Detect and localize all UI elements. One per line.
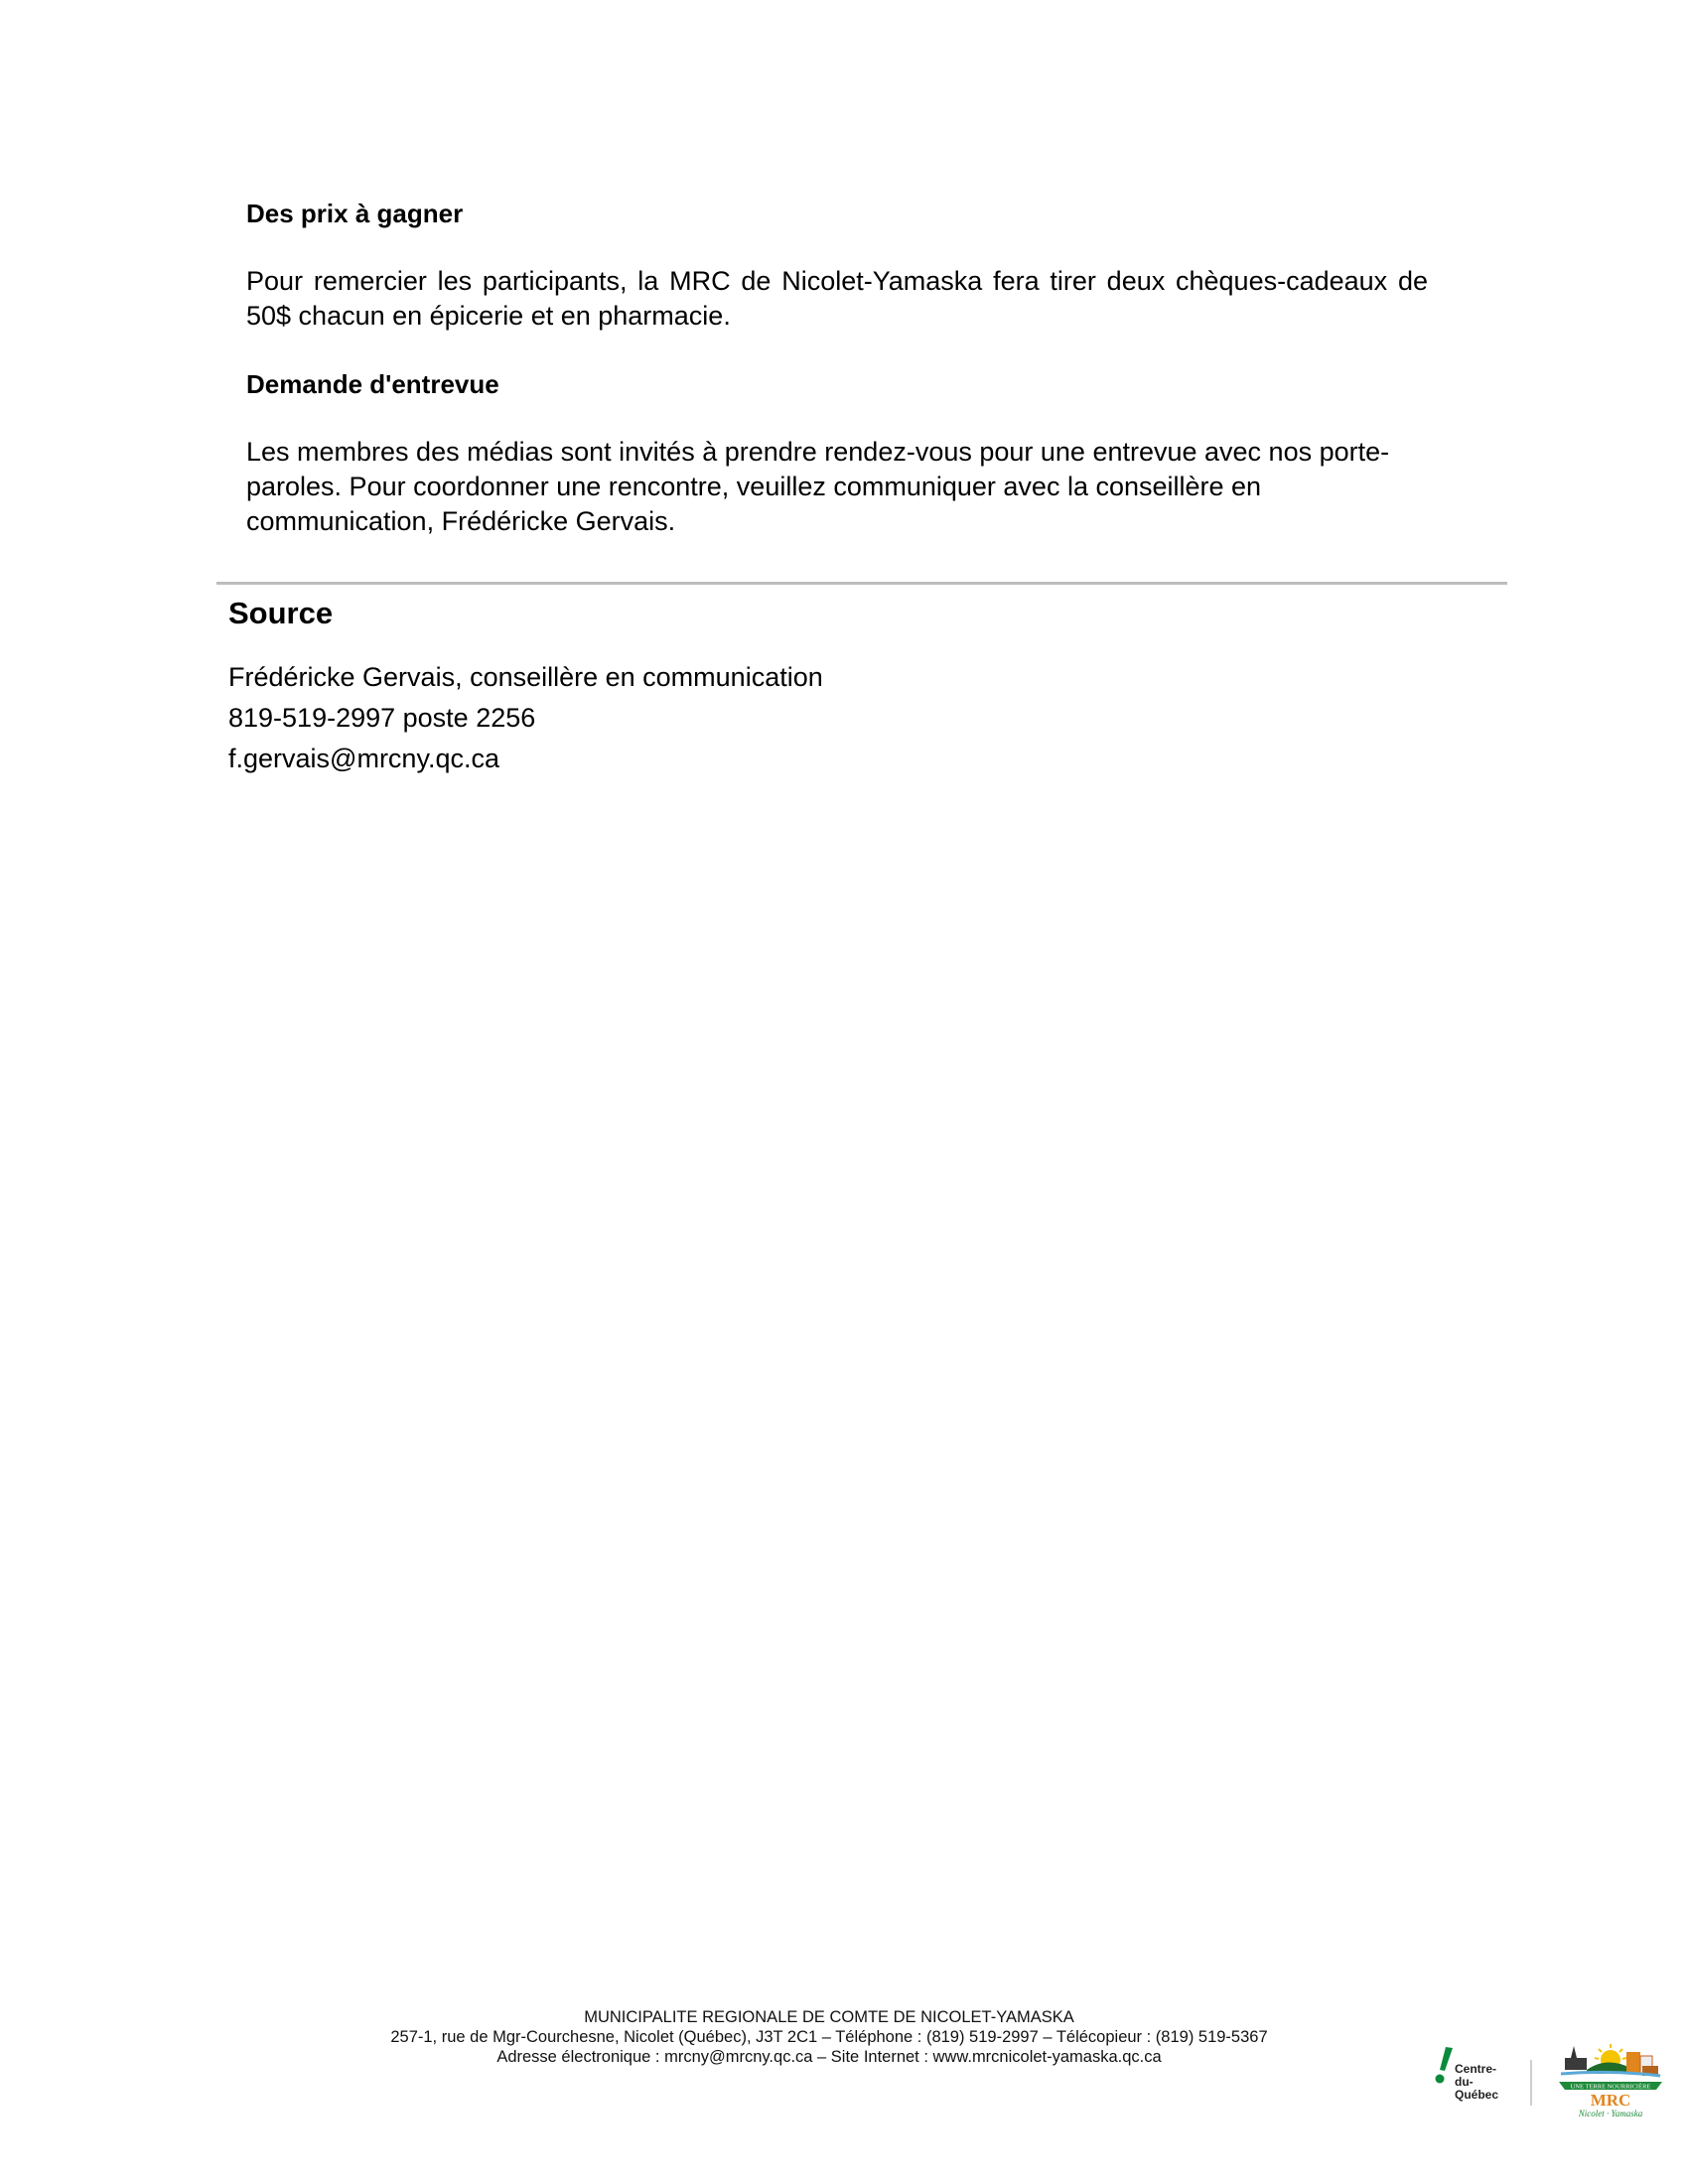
source-name: Frédéricke Gervais, conseillère en commu…	[228, 657, 823, 698]
source-heading: Source	[228, 596, 333, 631]
footer-org-name: MUNICIPALITE REGIONALE DE COMTE DE NICOL…	[228, 2007, 1430, 2027]
footer-contact: Adresse électronique : mrcny@mrcny.qc.ca…	[228, 2047, 1430, 2067]
svg-text:Nicolet · Yamaska: Nicolet · Yamaska	[1578, 2109, 1643, 2118]
section-paragraph-interview: Les membres des médias sont invités à pr…	[246, 435, 1438, 539]
cdq-line3: Québec	[1455, 2089, 1498, 2102]
exclamation-mark-icon	[1435, 2047, 1455, 2087]
mrc-village-icon: UNE TERRE NOURRICIÈRE MRC Nicolet · Yama…	[1557, 2040, 1664, 2119]
section-divider	[216, 582, 1507, 585]
section-heading-interview: Demande d'entrevue	[246, 369, 499, 400]
source-phone: 819-519-2997 poste 2256	[228, 698, 535, 739]
source-email-link[interactable]: f.gervais@mrcny.qc.ca	[228, 739, 499, 779]
footer-address: 257-1, rue de Mgr-Courchesne, Nicolet (Q…	[228, 2027, 1430, 2047]
centre-du-quebec-logo: Centre- du- Québec	[1435, 2047, 1514, 2116]
section-paragraph-prizes: Pour remercier les participants, la MRC …	[246, 264, 1428, 334]
logo-divider	[1530, 2060, 1532, 2106]
mrc-nicolet-yamaska-logo: UNE TERRE NOURRICIÈRE MRC Nicolet · Yama…	[1557, 2040, 1664, 2119]
svg-text:UNE TERRE NOURRICIÈRE: UNE TERRE NOURRICIÈRE	[1571, 2083, 1651, 2091]
section-heading-prizes: Des prix à gagner	[246, 199, 463, 229]
svg-text:MRC: MRC	[1591, 2091, 1631, 2110]
page-footer: MUNICIPALITE REGIONALE DE COMTE DE NICOL…	[228, 2007, 1430, 2067]
